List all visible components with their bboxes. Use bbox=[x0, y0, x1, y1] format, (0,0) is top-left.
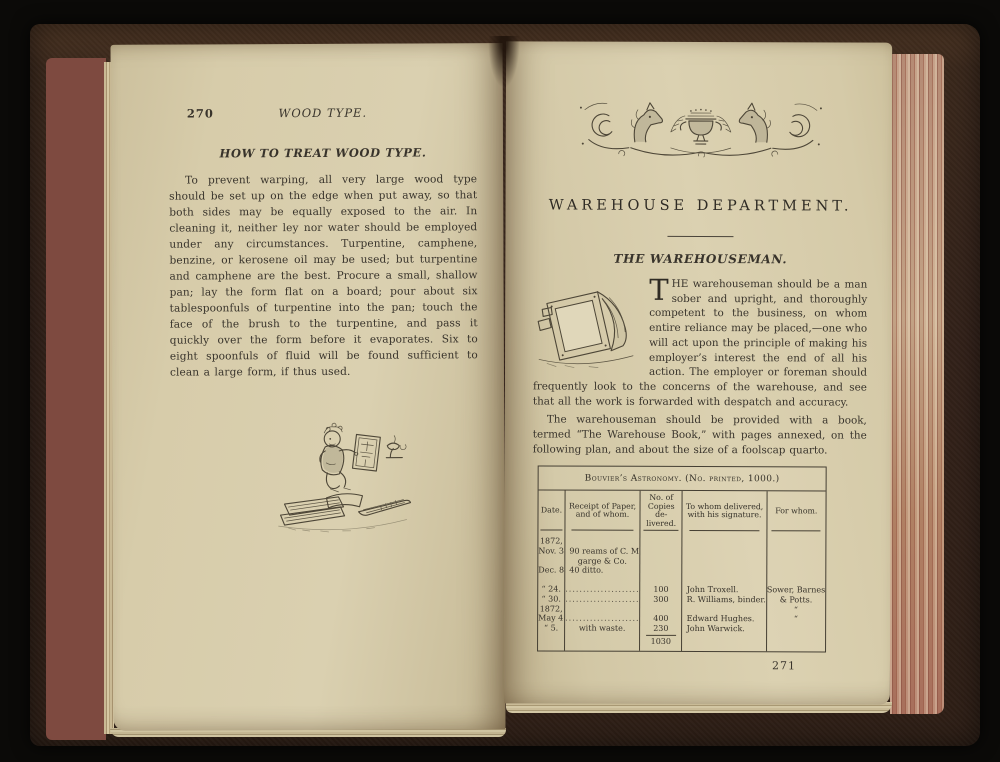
table-cell bbox=[640, 604, 682, 614]
table-cell bbox=[640, 547, 682, 557]
table-column-receipt: Receipt of Paper, and of whom. 90 reams … bbox=[564, 491, 640, 651]
table-column-delivered: To whom delivered, with his signature. J… bbox=[681, 491, 766, 651]
left-page-content: 270 WOOD TYPE. HOW TO TREAT WOOD TYPE. T… bbox=[111, 43, 506, 731]
table-cell bbox=[767, 538, 825, 548]
open-book-photograph: 270 WOOD TYPE. HOW TO TREAT WOOD TYPE. T… bbox=[0, 0, 1000, 762]
table-cell: “ 5. bbox=[538, 623, 564, 633]
receipt-lines: 90 reams of C. Ma- garge & Co. 40 ditto.… bbox=[565, 531, 639, 637]
table-cell bbox=[683, 605, 766, 615]
table-column-date: Date. 1872, Nov. 3. Dec. 8. “ 24. “ 30. … bbox=[538, 491, 565, 651]
book-pile bbox=[278, 493, 410, 532]
table-cell: May 4. bbox=[538, 614, 564, 624]
table-cell: 100 bbox=[640, 585, 682, 595]
table-cell: 300 bbox=[640, 595, 682, 605]
column-header-copies: No. of Copies de-livered. bbox=[640, 491, 682, 529]
right-page-number: 271 bbox=[532, 658, 866, 672]
table-cell bbox=[767, 557, 825, 567]
table-cell bbox=[767, 624, 825, 634]
table-cell bbox=[767, 547, 825, 557]
gutter-shadow bbox=[488, 36, 520, 88]
table-column-copies: No. of Copies de-livered. 100 300 400 bbox=[639, 491, 682, 651]
cherub-figure bbox=[320, 423, 358, 492]
column-header-receipt: Receipt of Paper, and of whom. bbox=[565, 491, 639, 529]
copies-lines: 100 300 400 230 1030 bbox=[640, 531, 682, 651]
chase-frame bbox=[547, 292, 611, 360]
right-page-content: WAREHOUSE DEPARTMENT. THE WAREHOUSEMAN. bbox=[504, 41, 892, 704]
table-cell: ...................... bbox=[565, 614, 639, 624]
table-cell bbox=[683, 547, 766, 557]
table-cell bbox=[565, 604, 639, 614]
table-cell: with waste. bbox=[565, 623, 639, 633]
table-cell: 1872, bbox=[538, 604, 564, 614]
table-cell: Edward Hughes. bbox=[683, 614, 766, 624]
table-cell bbox=[640, 566, 682, 576]
table-cell: 40 ditto. bbox=[565, 566, 639, 576]
for-whom-lines: Sower, Barnes & Potts. “ “ bbox=[767, 532, 826, 638]
delivered-lines: John Troxell. R. Williams, binder. Edwar… bbox=[683, 531, 767, 637]
lead-paragraph: THE warehouseman should be a man sober a… bbox=[533, 276, 867, 409]
table-cell: “ 30. bbox=[538, 594, 564, 604]
urn bbox=[680, 109, 721, 144]
table-cell bbox=[565, 575, 639, 585]
date-lines: 1872, Nov. 3. Dec. 8. “ 24. “ 30. 1872, … bbox=[538, 531, 564, 637]
column-header-date: Date. bbox=[538, 491, 564, 529]
second-paragraph: The warehouseman should be provided with… bbox=[533, 413, 867, 458]
horse-head-right bbox=[739, 103, 770, 142]
table-column-for-whom: For whom. Sower, Barnes & Potts. “ “ bbox=[766, 492, 826, 652]
table-cell: R. Williams, binder. bbox=[683, 595, 766, 605]
left-fore-edge bbox=[46, 58, 106, 740]
column-header-delivered: To whom delivered, with his signature. bbox=[683, 491, 766, 529]
cherub-on-books-illustration bbox=[268, 417, 429, 536]
table-cell: “ bbox=[767, 605, 825, 615]
table-cell: 400 bbox=[640, 614, 682, 624]
total-copies: 1030 bbox=[640, 637, 682, 647]
table-cell bbox=[538, 556, 564, 566]
table-caption: Bouvier’s Astronomy. (No. printed, 1000.… bbox=[539, 467, 826, 485]
table-cell bbox=[767, 576, 825, 586]
column-header-for-whom: For whom. bbox=[767, 492, 826, 530]
table-cell: & Potts. bbox=[767, 595, 825, 605]
tablet bbox=[352, 434, 380, 471]
table-cell: 90 reams of C. Ma- bbox=[565, 547, 639, 557]
table-cell bbox=[640, 537, 682, 547]
right-fore-edge bbox=[890, 54, 944, 714]
horse-head-left bbox=[631, 103, 662, 142]
table-cell: ...................... bbox=[565, 595, 639, 605]
warehouse-book-table: Bouvier’s Astronomy. (No. printed, 1000.… bbox=[537, 466, 827, 653]
table-cell: John Warwick. bbox=[683, 624, 766, 634]
table-cell bbox=[538, 575, 564, 585]
horses-and-urn-ornament bbox=[575, 96, 827, 165]
left-page-header: 270 WOOD TYPE. bbox=[169, 105, 477, 122]
section-heading: THE WAREHOUSEMAN. bbox=[533, 251, 867, 266]
header-ornament-wrap bbox=[534, 95, 868, 168]
section-divider-rule bbox=[667, 236, 733, 237]
table-cell: Nov. 3. bbox=[538, 546, 564, 556]
table-cell: “ bbox=[767, 614, 825, 624]
drop-cap: T bbox=[649, 277, 671, 303]
table-cell: 230 bbox=[640, 624, 682, 634]
table-cell bbox=[767, 566, 825, 576]
cherub-illustration-wrap bbox=[268, 417, 479, 540]
left-running-head: WOOD TYPE. bbox=[169, 105, 477, 120]
left-body-paragraph: To prevent warping, all very large wood … bbox=[169, 171, 478, 380]
left-section-heading: HOW TO TREAT WOOD TYPE. bbox=[169, 145, 477, 160]
left-page: 270 WOOD TYPE. HOW TO TREAT WOOD TYPE. T… bbox=[111, 43, 506, 731]
table-cell bbox=[683, 566, 766, 576]
total-rule bbox=[646, 635, 676, 636]
table-grid: Date. 1872, Nov. 3. Dec. 8. “ 24. “ 30. … bbox=[538, 491, 826, 652]
table-cell: Sower, Barnes bbox=[767, 586, 825, 596]
table-cell: ...................... bbox=[565, 585, 639, 595]
table-cell bbox=[640, 576, 682, 586]
printing-chase-illustration bbox=[533, 279, 639, 369]
table-cell bbox=[640, 556, 682, 566]
table-cell: 1872, bbox=[538, 537, 564, 547]
table-cell: “ 24. bbox=[538, 585, 564, 595]
table-cell bbox=[683, 576, 766, 586]
right-page: WAREHOUSE DEPARTMENT. THE WAREHOUSEMAN. bbox=[504, 41, 892, 704]
table-cell: John Troxell. bbox=[683, 585, 766, 595]
table-cell: Dec. 8. bbox=[538, 566, 564, 576]
table-cell bbox=[683, 557, 766, 567]
chapter-title: WAREHOUSE DEPARTMENT. bbox=[534, 197, 868, 214]
table-cell bbox=[683, 537, 766, 547]
table-cell: garge & Co. bbox=[565, 556, 639, 566]
table-cell bbox=[565, 537, 639, 547]
oil-lamp bbox=[386, 436, 406, 458]
